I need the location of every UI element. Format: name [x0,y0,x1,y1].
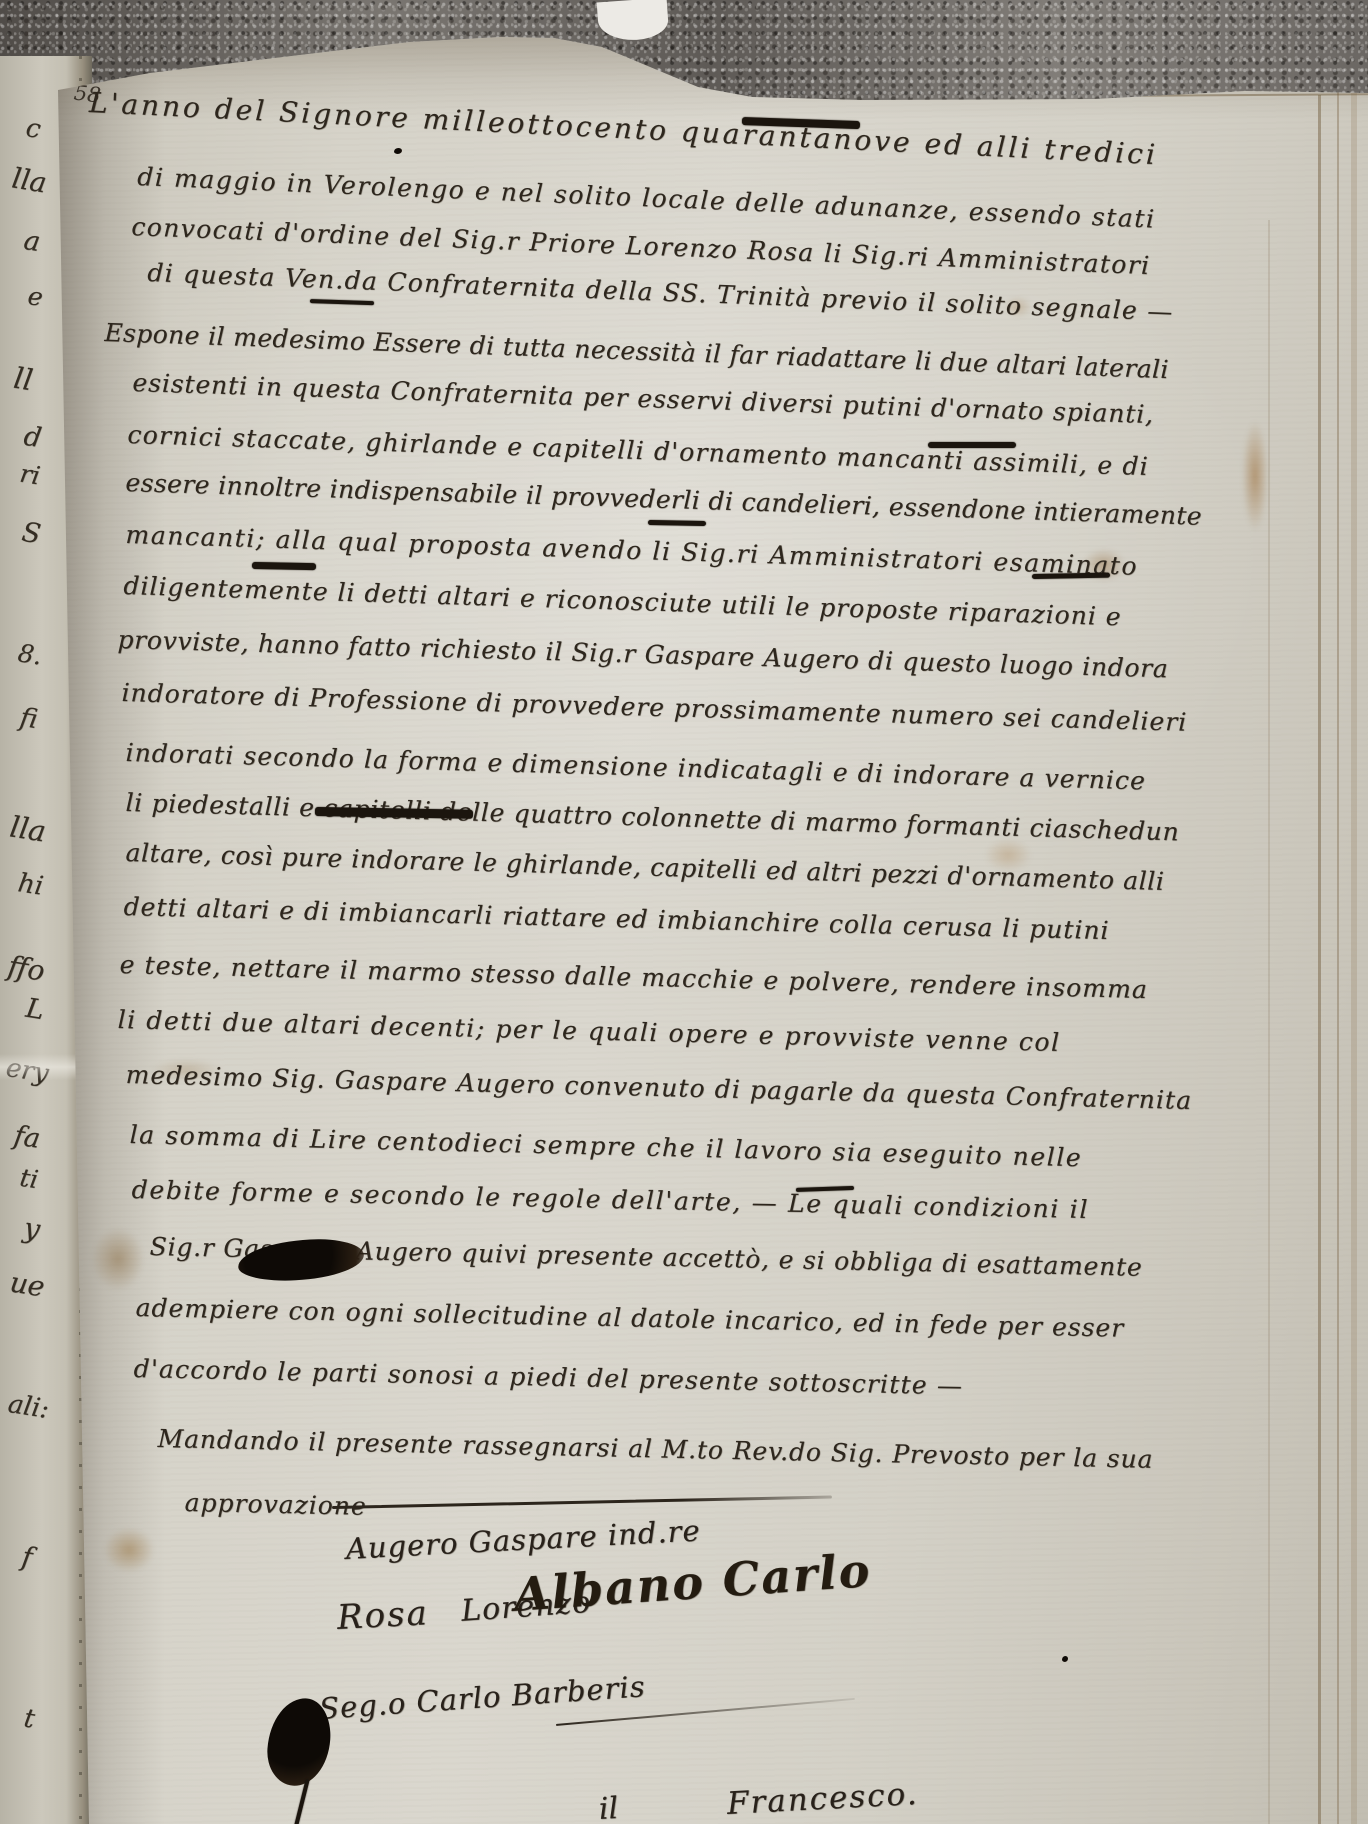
manuscript-line: approvazione [184,1488,367,1521]
page-edge-line [1337,62,1339,1824]
cutoff-text-fragment: fi [18,703,40,735]
cutoff-text-fragment: L [24,993,47,1026]
margin-smudge [104,1528,154,1572]
margin-smudge [92,1228,144,1290]
cutoff-text-fragment: S [20,517,43,551]
manuscript-line: mancanti; alla qual proposta avendo li S… [125,520,1138,581]
signature-partial-name: Francesco. [726,1776,919,1822]
signature-prior-surname: Rosa [336,1593,430,1638]
manuscript-line: e teste, nettare il marmo stesso dalle m… [119,950,1148,1004]
ink-speck [394,148,402,154]
manuscript-line: la somma di Lire centodieci sempre che i… [129,1120,1082,1172]
signature-administrator: Albano Carlo [512,1543,873,1622]
manuscript-line: li detti due altari decenti; per le qual… [117,1005,1061,1057]
manuscript-line: indorati secondo la forma e dimensione i… [125,738,1146,795]
cutoff-text-fragment: ffo [6,949,47,987]
cutoff-text-fragment: lla [10,161,49,199]
cutoff-text-fragment: lla [8,809,49,848]
ink-strikethrough-intieramente [928,442,1016,448]
manuscript-line: medesimo Sig. Gaspare Augero convenuto d… [125,1060,1192,1115]
cutoff-text-fragment: hi [16,868,45,902]
ink-blot-signature [265,1696,333,1788]
manuscript-line: L'anno del Signore milleottocento quaran… [88,86,1158,171]
cutoff-text-fragment: ery [4,1053,51,1089]
ink-strikethrough-tutta [310,299,374,305]
cutoff-text-fragment: ll [11,361,35,397]
cutoff-text-fragment: ri [18,459,42,491]
cutoff-text-fragment: fa [12,1120,43,1155]
manuscript-line: diligentemente li detti altari e riconos… [123,571,1122,631]
signature-secretary: Seg.o Carlo Barberis [318,1669,647,1726]
page-edge-line [1318,95,1321,1824]
manuscript-line: d'accordo le parti sonosi a piedi del pr… [133,1354,963,1400]
cutoff-text-fragment: y [22,1211,43,1246]
manuscript-line: indoratore di Professione di provvedere … [121,678,1187,737]
cutoff-text-fragment: t [22,1703,37,1734]
rust-stain [1242,420,1268,532]
light-gap [597,0,670,42]
photo-of-manuscript: { "colors":{"paper":"#d6d3c9","ink":"#2d… [0,0,1368,1824]
cutoff-text-fragment: d [22,421,44,454]
cutoff-text-fragment: ali: [6,1389,51,1425]
cutoff-text-fragment: e [26,281,45,312]
cutoff-text-fragment: c [24,113,43,145]
signature-partial-word: il [598,1791,619,1824]
ink-speck [1062,1656,1068,1662]
cutoff-text-fragment: 8. [16,638,44,670]
manuscript-line: Mandando il presente rassegnarsi al M.to… [157,1424,1153,1474]
approval-underline-flourish [332,1496,832,1509]
cutoff-text-fragment: a [22,225,43,258]
ink-strikethrough-utili [648,520,706,526]
manuscript-line: provviste, hanno fatto richiesto il Sig.… [117,625,1169,683]
cutoff-text-fragment: ti [18,1163,40,1194]
cutoff-text-fragment: ue [8,1265,47,1303]
underlying-page-edge [1140,93,1368,97]
manuscript-line: adempiere con ogni sollecitudine al dato… [135,1293,1124,1343]
manuscript-line: debite forme e secondo le regole dell'ar… [131,1175,1089,1224]
manuscript-line: li piedestalli e capitelli delle quattro… [125,788,1180,846]
page-edge-line [1351,62,1357,1824]
cutoff-text-fragment: f [20,1541,35,1573]
ink-strikethrough-fatto [252,562,316,570]
manuscript-page: 58 L'anno del Signore milleottocento qua… [0,0,1368,1824]
manuscript-line: detti altari e di imbiancarli riattare e… [123,892,1110,945]
page-crease-line [1268,220,1270,1824]
